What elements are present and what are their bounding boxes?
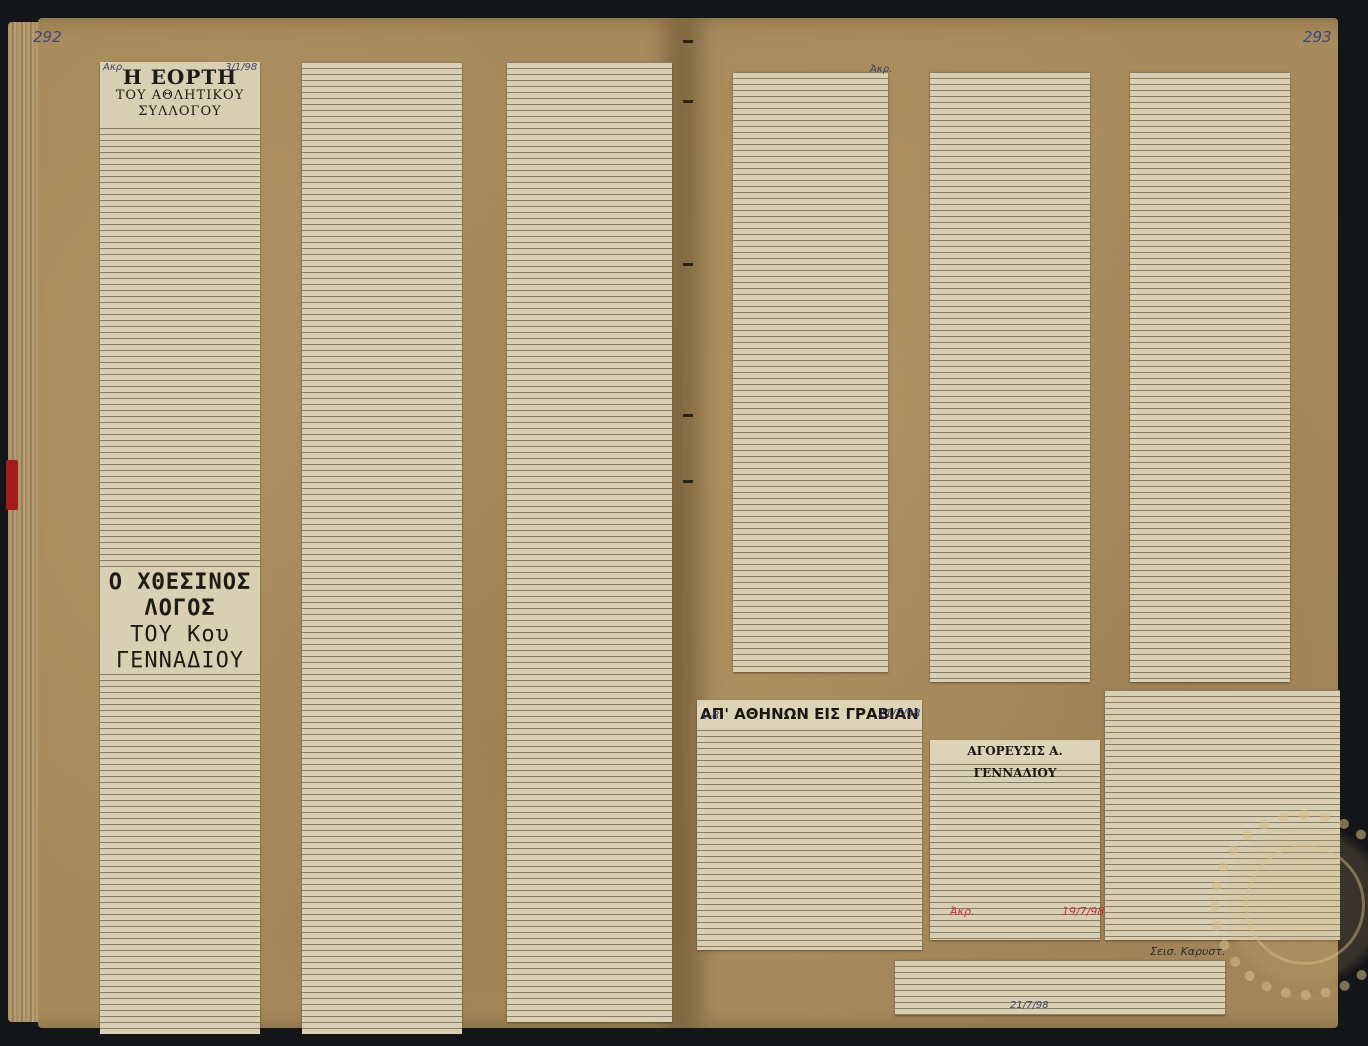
clipping-athens-to-gravia: ΑΠ' ΑΘΗΝΩΝ ΕΙΣ ΓΡΑΒΙΑΝ Περιμένω τις ὅτι … — [697, 700, 922, 950]
clipping-subheader: Ο ΧΘΕΣΙΝΟΣ ΛΟΓΟΣ ΤΟΥ Κου ΓΕΝΝΑΔΙΟΥ — [100, 570, 260, 674]
red-annotation-date: 19/7/98 — [1062, 905, 1104, 918]
open-scrapbook: 292 293 Η ΕΟΡΤΗ ΤΟΥ ΑΘΛΗΤΙΚΟΥ ΣΥΛΛΟΓΟΥ Χ… — [0, 0, 1368, 1046]
second-subheadline: ΤΟΥ Κου ΓΕΝΝΑΔΙΟΥ — [100, 622, 260, 674]
binding-stitch — [683, 263, 693, 266]
clipping-column-6 — [1130, 72, 1290, 682]
clipping-column-2: ἐπίσης ἀρχαία, ὑπὸ τῶν νέων ἀθλητῶν — [302, 62, 462, 1034]
handwritten-note: Ἀκρ. — [870, 64, 892, 75]
binding-stitch — [683, 414, 693, 417]
left-page-number: 292 — [33, 28, 62, 46]
second-headline: Ο ΧΘΕΣΙΝΟΣ ΛΟΓΟΣ — [100, 570, 260, 622]
handwritten-source: Ακρ. — [103, 62, 125, 73]
binding-stitch — [683, 40, 693, 43]
handwritten-signature: Σεισ. Καρυστ. — [1150, 945, 1226, 958]
article-text: γίνει τῶν ἀρχαίων ἀθλητικῶν ἀγώνων — [507, 62, 672, 76]
article-text: ἐπίσης ἀρχαία, ὑπὸ τῶν νέων ἀθλητῶν — [302, 62, 462, 76]
article-text: Χθὲς περὶ ὥραν 5ην μ. μ. ἐγένετο ἡ προαγ… — [100, 123, 260, 149]
right-page-number: 293 — [1303, 28, 1332, 46]
binding-stitch — [683, 480, 693, 483]
clipping-athletic-club-feast: Η ΕΟΡΤΗ ΤΟΥ ΑΘΛΗΤΙΚΟΥ ΣΥΛΛΟΓΟΥ Χθὲς περὶ… — [100, 62, 260, 1034]
bookmark-ribbon — [6, 460, 18, 510]
handwritten-date: 3/1/98 — [225, 62, 257, 73]
handwritten-date: 21/7/98 — [1010, 1000, 1049, 1011]
article-text: — Χθὲς περὶ ὥραν 3 μ. μ., ὡς προηγγέλθη,… — [1105, 690, 1340, 734]
article-text: Ἀπήλθεν εἰς Γραβιὰν ὁ ἐν Ἀλεξανδρείᾳ — [895, 960, 1225, 974]
seal-inner-ring — [1245, 845, 1365, 965]
clipping-column-3: γίνει τῶν ἀρχαίων ἀθλητικῶν ἀγώνων — [507, 62, 672, 1022]
binding-stitch — [683, 100, 693, 103]
clipping-column-4 — [733, 72, 888, 672]
subheadline: ΤΟΥ ΑΘΛΗΤΙΚΟΥ ΣΥΛΛΟΓΟΥ — [100, 88, 260, 123]
handwritten-prefix: ν-8. — [702, 709, 723, 722]
clipping-column-5 — [930, 72, 1090, 682]
handwritten-date: 21/7/98 — [878, 707, 920, 720]
headline: ΑΓΟΡΕΥΣΙΣ Α. ΓΕΝΝΑΔΙΟΥ — [967, 744, 1062, 780]
clipping-header: ΑΓΟΡΕΥΣΙΣ Α. ΓΕΝΝΑΔΙΟΥ — [930, 740, 1100, 762]
clipping-bottom-strip: Ἀπήλθεν εἰς Γραβιὰν ὁ ἐν Ἀλεξανδρείᾳ — [895, 960, 1225, 1015]
red-annotation-source: Ἀκρ. — [950, 905, 975, 918]
